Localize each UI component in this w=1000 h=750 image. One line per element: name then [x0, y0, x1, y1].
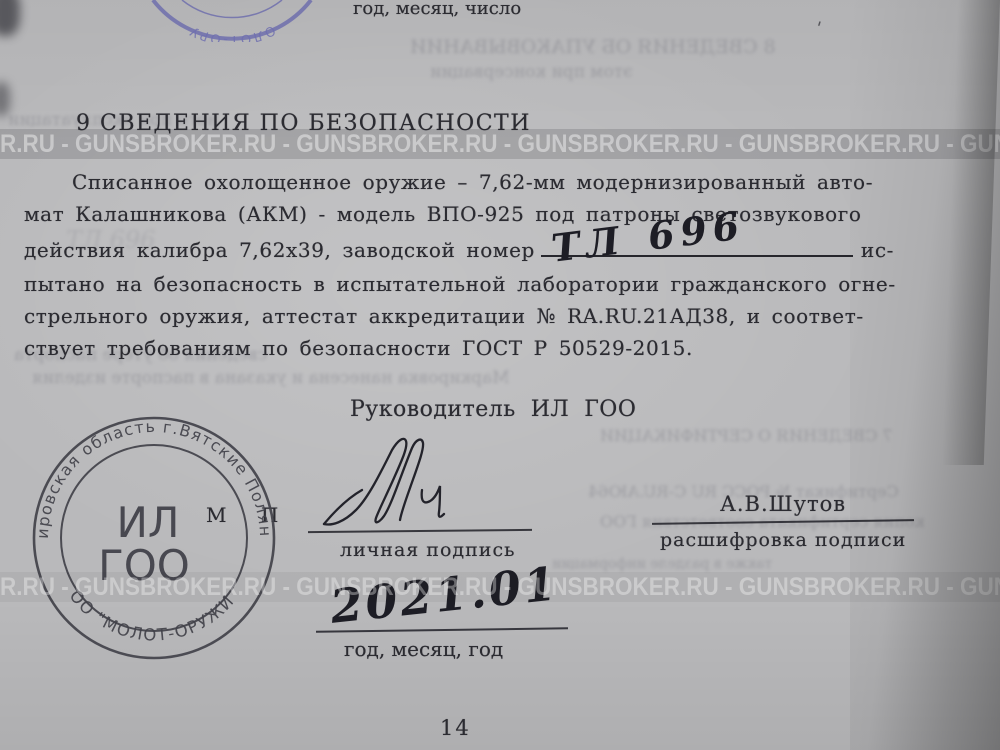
stamp-center-line1: ИЛ — [117, 498, 180, 547]
signer-name: А.В.Шутов — [652, 492, 914, 516]
top-date-caption: год, месяц, число — [353, 0, 521, 19]
partial-stamp-text: ОЛОТ-ОРУ — [186, 22, 277, 42]
body-line: стрельного оружия, аттестат аккредитации… — [24, 304, 924, 328]
round-stamp-il-goo: Кировская область г.Вятские Поляны ООО "… — [28, 412, 280, 664]
ghost-text-line: этом при консервации — [430, 62, 633, 82]
body-line-with-serial: действия калибра 7,62х39, заводской номе… — [24, 233, 924, 262]
partial-blue-stamp: ОЛОТ-ОРУ — [142, 0, 322, 42]
signer-role-label: Руководитель ИЛ ГОО — [350, 397, 636, 422]
signature-caption: личная подпись — [340, 539, 515, 561]
document-photo: 8 СВЕДЕНИЯ ОБ УПАКОВЫВАНИИ этом при конс… — [0, 0, 1000, 750]
ghost-text-line: также в разделе информации — [552, 556, 772, 572]
body-line-suffix: ис- — [861, 238, 894, 262]
name-caption: расшифровка подписи — [660, 529, 906, 551]
serial-number-blank-line: ТЛ 696 — [541, 233, 853, 257]
ghost-text-line: Маркировка нанесена и указана в паспорте… — [32, 368, 510, 388]
watermark-text: R.RU - GUNSBROKER.RU - GUNSBROKER.RU - G… — [0, 572, 1000, 602]
date-caption: год, месяц, год — [344, 637, 503, 661]
watermark-text: R.RU - GUNSBROKER.RU - GUNSBROKER.RU - G… — [0, 129, 1000, 159]
body-line: Списанное охолощенное оружие – 7,62-мм м… — [72, 170, 972, 194]
body-line-prefix: действия калибра 7,62х39, заводской номе… — [24, 238, 535, 262]
ghost-text-line: 8 СВЕДЕНИЯ ОБ УПАКОВЫВАНИИ — [410, 36, 776, 58]
body-line: ствует требованиям по безопасности ГОСТ … — [24, 336, 924, 360]
body-line: пытано на безопасность в испытательной л… — [24, 272, 924, 296]
watermark-band: R.RU - GUNSBROKER.RU - GUNSBROKER.RU - G… — [0, 129, 1000, 159]
page-number: 14 — [440, 716, 471, 740]
body-line: мат Калашникова (АКМ) - модель ВПО-925 п… — [24, 202, 924, 226]
ghost-text-line: 7 СВЕДЕНИЯ О СЕРТИФИКАЦИИ — [600, 426, 893, 445]
watermark-band: R.RU - GUNSBROKER.RU - GUNSBROKER.RU - G… — [0, 572, 1000, 602]
svg-text:ОЛОТ-ОРУ: ОЛОТ-ОРУ — [186, 22, 277, 42]
handwritten-signature — [318, 434, 498, 536]
